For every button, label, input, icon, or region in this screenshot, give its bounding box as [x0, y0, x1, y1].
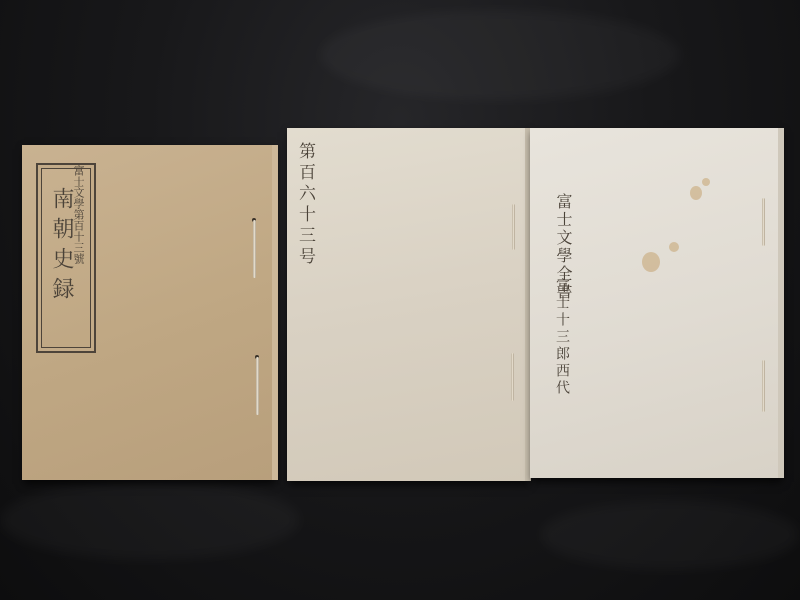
booklet-nancho-shiroku: 富士文學第百十三號 南朝史録	[22, 145, 274, 480]
photo-scene: { "scene": { "background": "black cloth"…	[0, 0, 800, 600]
binding-string	[253, 220, 256, 278]
book-title: 南朝史録	[46, 187, 77, 307]
binding-string	[762, 198, 765, 246]
cloth-fold	[0, 480, 300, 560]
foxing-stain	[669, 242, 679, 252]
foxing-stain	[642, 252, 660, 272]
binding-string	[762, 360, 765, 412]
foxing-stain	[702, 178, 710, 186]
booklet-number-163: 第百六十三号	[287, 128, 527, 481]
author-line: 富士十三郎西代	[552, 278, 572, 397]
binding-string	[512, 204, 515, 250]
cloth-fold	[540, 500, 800, 570]
page-edge	[272, 145, 278, 480]
foxing-stain	[690, 186, 702, 200]
cover-number: 第百六十三号	[293, 142, 318, 268]
binding-string	[511, 353, 514, 401]
page-edge	[778, 128, 784, 478]
booklet-fuji-bungaku-zensho: 富士文學全書 富士十三郎西代	[530, 128, 780, 478]
cloth-fold	[320, 10, 680, 100]
binding-string	[256, 357, 259, 415]
